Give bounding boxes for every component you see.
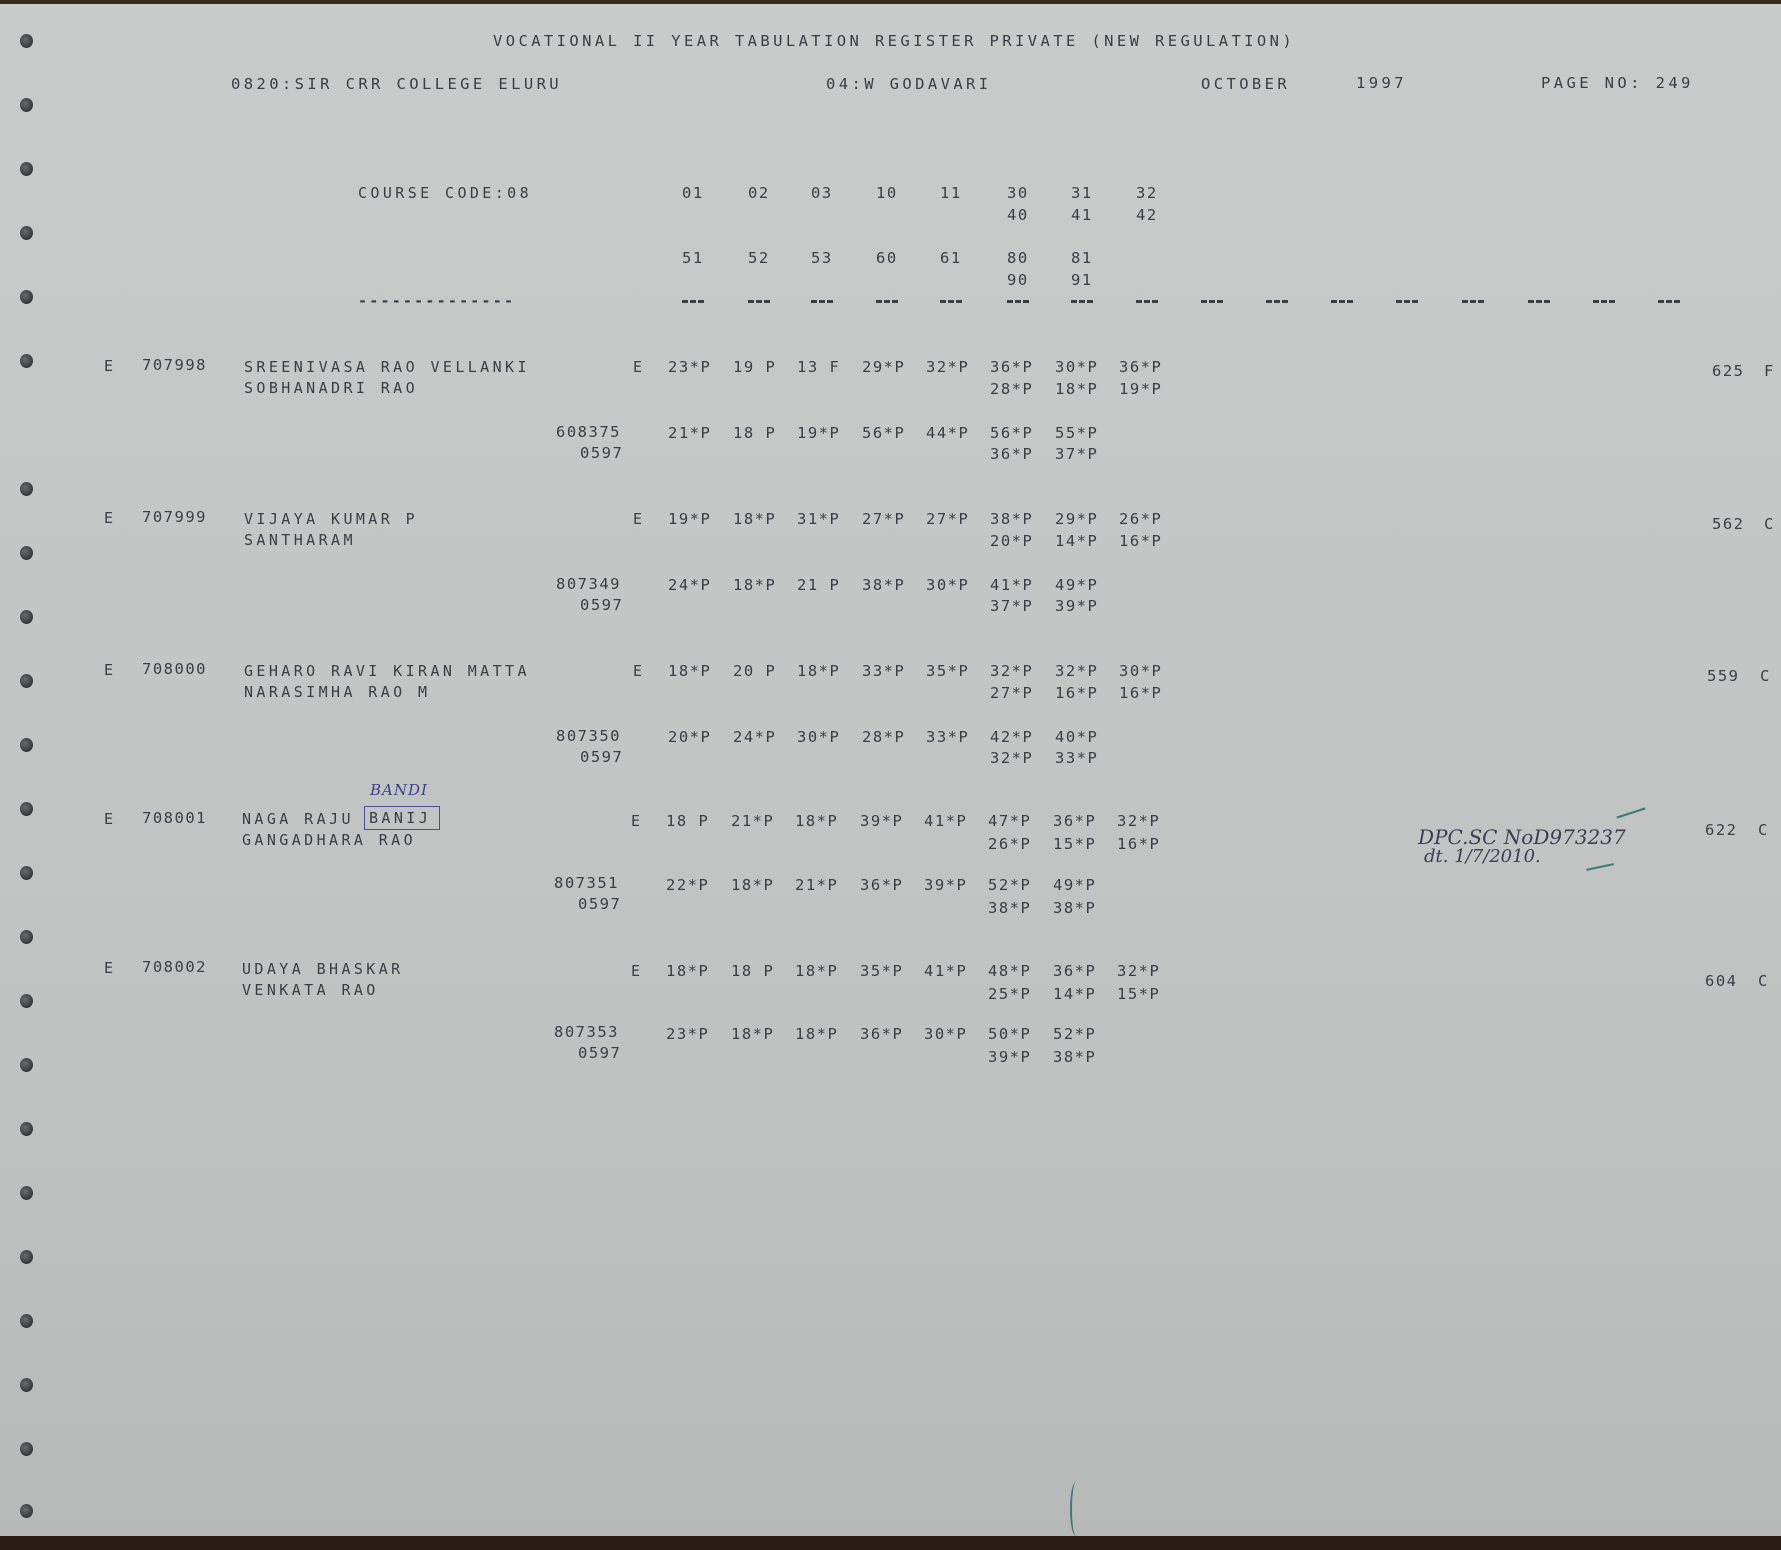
binder-hole-icon [20,546,33,560]
mark: 18*P [731,1025,774,1043]
exam-month: OCTOBER [1201,75,1290,93]
result-code: C [1758,821,1769,839]
student-name-line2: VENKATA RAO [242,981,379,999]
roll-number: 708002 [142,958,207,976]
column-dash [940,300,962,306]
mark: 37*P [990,597,1033,615]
name-correction-box: BANIJ [364,806,440,830]
mark: 36*P [860,1025,903,1043]
mark: 19 P [733,358,776,376]
subject-code: 53 [811,249,833,267]
subject-code: 51 [682,249,704,267]
medium: E [633,358,645,376]
mark: 44*P [926,424,969,442]
binder-hole-icon [20,1122,33,1136]
mark: 38*P [990,510,1033,528]
category: E [104,810,116,828]
boxed-name-text: BANIJ [369,809,431,827]
binder-hole-icon [20,610,33,624]
mark: 21*P [731,812,774,830]
column-dash [1462,300,1484,306]
mark: 29*P [862,358,905,376]
reference-number: 807351 [554,874,619,892]
mark: 19*P [668,510,711,528]
mark: 16*P [1119,532,1162,550]
student-name-line2: SOBHANADRI RAO [244,379,418,397]
subject-code: 03 [811,184,833,202]
column-dash [1396,300,1418,306]
mark: 38*P [1053,1048,1096,1066]
mark: 26*P [1119,510,1162,528]
binder-hole-icon [20,866,33,880]
mark: 18*P [795,1025,838,1043]
binder-hole-icon [20,98,33,112]
mark: 30*P [926,576,969,594]
mark: 36*P [1053,962,1096,980]
total-marks: 625 [1712,362,1745,380]
exam-year: 1997 [1356,74,1407,92]
mark: 18*P [795,812,838,830]
mark: 27*P [862,510,905,528]
column-dash [1201,300,1223,306]
mark: 18*P [666,962,709,980]
binder-hole-icon [20,34,33,48]
mark: 33*P [926,728,969,746]
mark: 49*P [1055,576,1098,594]
mark: 21*P [795,876,838,894]
mark: 52*P [988,876,1031,894]
mark: 15*P [1053,835,1096,853]
mark: 33*P [862,662,905,680]
subject-code: 80 [1007,249,1029,267]
column-dash [1658,300,1680,306]
mark: 30*P [797,728,840,746]
subject-code: 40 [1007,206,1029,224]
mark: 18 P [731,962,774,980]
binder-hole-icon [20,1058,33,1072]
subject-code: 52 [748,249,770,267]
mark: 26*P [988,835,1031,853]
result-code: F [1764,362,1775,380]
mark: 18*P [795,962,838,980]
mark: 18*P [733,510,776,528]
total-marks: 604 [1705,972,1738,990]
binder-hole-icon [20,1186,33,1200]
mark: 18 P [733,424,776,442]
total-marks: 622 [1705,821,1738,839]
mark: 32*P [990,749,1033,767]
mark: 55*P [1055,424,1098,442]
mark: 50*P [988,1025,1031,1043]
mark: 38*P [988,899,1031,917]
mark: 42*P [990,728,1033,746]
handwritten-name-correction: BANDI [370,781,428,799]
mark: 56*P [990,424,1033,442]
student-name-line2: GANGADHARA RAO [242,831,416,849]
student-name-line1: GEHARO RAVI KIRAN MATTA [244,662,530,680]
binder-hole-icon [20,482,33,496]
mark: 49*P [1053,876,1096,894]
mark: 33*P [1055,749,1098,767]
column-dash [1528,300,1550,306]
mark: 23*P [666,1025,709,1043]
mark: 25*P [988,985,1031,1003]
reference-code: 0597 [578,895,621,913]
mark: 14*P [1053,985,1096,1003]
mark: 36*P [860,876,903,894]
mark: 29*P [1055,510,1098,528]
student-name-line1: NAGA RAJU [242,810,354,828]
reference-number: 807349 [556,575,621,593]
mark: 39*P [988,1048,1031,1066]
mark: 21 P [797,576,840,594]
mark: 36*P [1119,358,1162,376]
mark: 40*P [1055,728,1098,746]
subject-code: 60 [876,249,898,267]
binder-hole-icon [20,802,33,816]
mark: 38*P [1053,899,1096,917]
college-name: 0820:SIR CRR COLLEGE ELURU [231,75,562,93]
mark: 47*P [988,812,1031,830]
binder-hole-icon [20,1504,33,1518]
medium: E [633,662,645,680]
subject-code: 81 [1071,249,1093,267]
subject-code: 01 [682,184,704,202]
mark: 35*P [926,662,969,680]
mark: 18*P [733,576,776,594]
subject-code: 32 [1136,184,1158,202]
subject-code: 10 [876,184,898,202]
mark: 36*P [990,358,1033,376]
column-dash [1136,300,1158,306]
mark: 41*P [924,962,967,980]
mark: 20*P [990,532,1033,550]
pen-stroke-mark [1070,1482,1082,1536]
subject-code: 91 [1071,271,1093,289]
student-name-line2: NARASIMHA RAO M [244,683,430,701]
medium: E [633,510,645,528]
mark: 20*P [668,728,711,746]
column-dash [682,300,704,306]
mark: 27*P [926,510,969,528]
subject-code: 41 [1071,206,1093,224]
mark: 41*P [990,576,1033,594]
mark: 36*P [1053,812,1096,830]
mark: 24*P [733,728,776,746]
student-name-line1: VIJAYA KUMAR P [244,510,418,528]
reference-number: 807353 [554,1023,619,1041]
total-marks: 562 [1712,515,1745,533]
binder-hole-icon [20,1250,33,1264]
register-title: VOCATIONAL II YEAR TABULATION REGISTER P… [493,32,1295,50]
mark: 30*P [1119,662,1162,680]
mark: 18*P [1055,380,1098,398]
result-code: C [1760,667,1771,685]
mark: 16*P [1055,684,1098,702]
column-dash [1071,300,1093,306]
column-dash [1007,300,1029,306]
mark: 52*P [1053,1025,1096,1043]
roll-number: 707998 [142,356,207,374]
handwritten-note-line1: DPC.SC NoD973237 [1418,826,1626,848]
category: E [104,661,116,679]
mark: 18 P [666,812,709,830]
district-name: 04:W GODAVARI [826,75,992,93]
student-name-line1: SREENIVASA RAO VELLANKI [244,358,530,376]
binder-hole-icon [20,738,33,752]
mark: 23*P [668,358,711,376]
subject-code: 42 [1136,206,1158,224]
reference-code: 0597 [580,596,623,614]
mark: 28*P [862,728,905,746]
binder-hole-icon [20,930,33,944]
mark: 31*P [797,510,840,528]
page-number: PAGE NO: 249 [1541,74,1694,92]
mark: 16*P [1117,835,1160,853]
subject-code: 61 [940,249,962,267]
separator-line: -------------- [358,292,515,310]
mark: 18*P [668,662,711,680]
mark: 37*P [1055,445,1098,463]
mark: 56*P [862,424,905,442]
binder-hole-icon [20,1442,33,1456]
mark: 32*P [1055,662,1098,680]
mark: 13 F [797,358,840,376]
mark: 39*P [1055,597,1098,615]
mark: 15*P [1117,985,1160,1003]
column-dash [876,300,898,306]
mark: 32*P [990,662,1033,680]
subject-code: 31 [1071,184,1093,202]
binder-hole-icon [20,1314,33,1328]
register-page: VOCATIONAL II YEAR TABULATION REGISTER P… [0,4,1781,1536]
reference-number: 608375 [556,423,621,441]
pen-tick-mark [1586,863,1614,871]
column-dash [748,300,770,306]
medium: E [631,812,643,830]
mark: 18*P [797,662,840,680]
binder-hole-icon [20,226,33,240]
reference-number: 807350 [556,727,621,745]
course-code-label: COURSE CODE:08 [358,184,532,202]
reference-code: 0597 [580,748,623,766]
mark: 20 P [733,662,776,680]
binder-hole-icon [20,1378,33,1392]
category: E [104,509,116,527]
mark: 28*P [990,380,1033,398]
mark: 39*P [860,812,903,830]
mark: 18*P [731,876,774,894]
student-name-line2: SANTHARAM [244,531,356,549]
mark: 41*P [924,812,967,830]
mark: 36*P [990,445,1033,463]
pen-tick-mark [1616,807,1645,818]
mark: 27*P [990,684,1033,702]
mark: 24*P [668,576,711,594]
handwritten-note-line2: dt. 1/7/2010. [1424,846,1541,868]
mark: 16*P [1119,684,1162,702]
binder-hole-icon [20,354,33,368]
mark: 32*P [1117,812,1160,830]
subject-code: 90 [1007,271,1029,289]
mark: 32*P [926,358,969,376]
column-dash [811,300,833,306]
mark: 19*P [1119,380,1162,398]
mark: 14*P [1055,532,1098,550]
mark: 32*P [1117,962,1160,980]
mark: 38*P [862,576,905,594]
mark: 30*P [924,1025,967,1043]
category: E [104,357,116,375]
mark: 48*P [988,962,1031,980]
roll-number: 708001 [142,809,207,827]
student-name-line1: UDAYA BHASKAR [242,960,404,978]
binder-hole-icon [20,162,33,176]
reference-code: 0597 [580,444,623,462]
mark: 30*P [1055,358,1098,376]
mark: 22*P [666,876,709,894]
roll-number: 707999 [142,508,207,526]
medium: E [631,962,643,980]
result-code: C [1758,972,1769,990]
page-bottom-edge [0,1536,1781,1550]
mark: 35*P [860,962,903,980]
column-dash [1331,300,1353,306]
binder-hole-icon [20,994,33,1008]
reference-code: 0597 [578,1044,621,1062]
column-dash [1266,300,1288,306]
total-marks: 559 [1707,667,1740,685]
binder-hole-icon [20,290,33,304]
subject-code: 02 [748,184,770,202]
binder-hole-icon [20,674,33,688]
category: E [104,959,116,977]
subject-code: 11 [940,184,962,202]
mark: 39*P [924,876,967,894]
mark: 19*P [797,424,840,442]
column-dash [1593,300,1615,306]
roll-number: 708000 [142,660,207,678]
mark: 21*P [668,424,711,442]
result-code: C [1764,515,1775,533]
subject-code: 30 [1007,184,1029,202]
